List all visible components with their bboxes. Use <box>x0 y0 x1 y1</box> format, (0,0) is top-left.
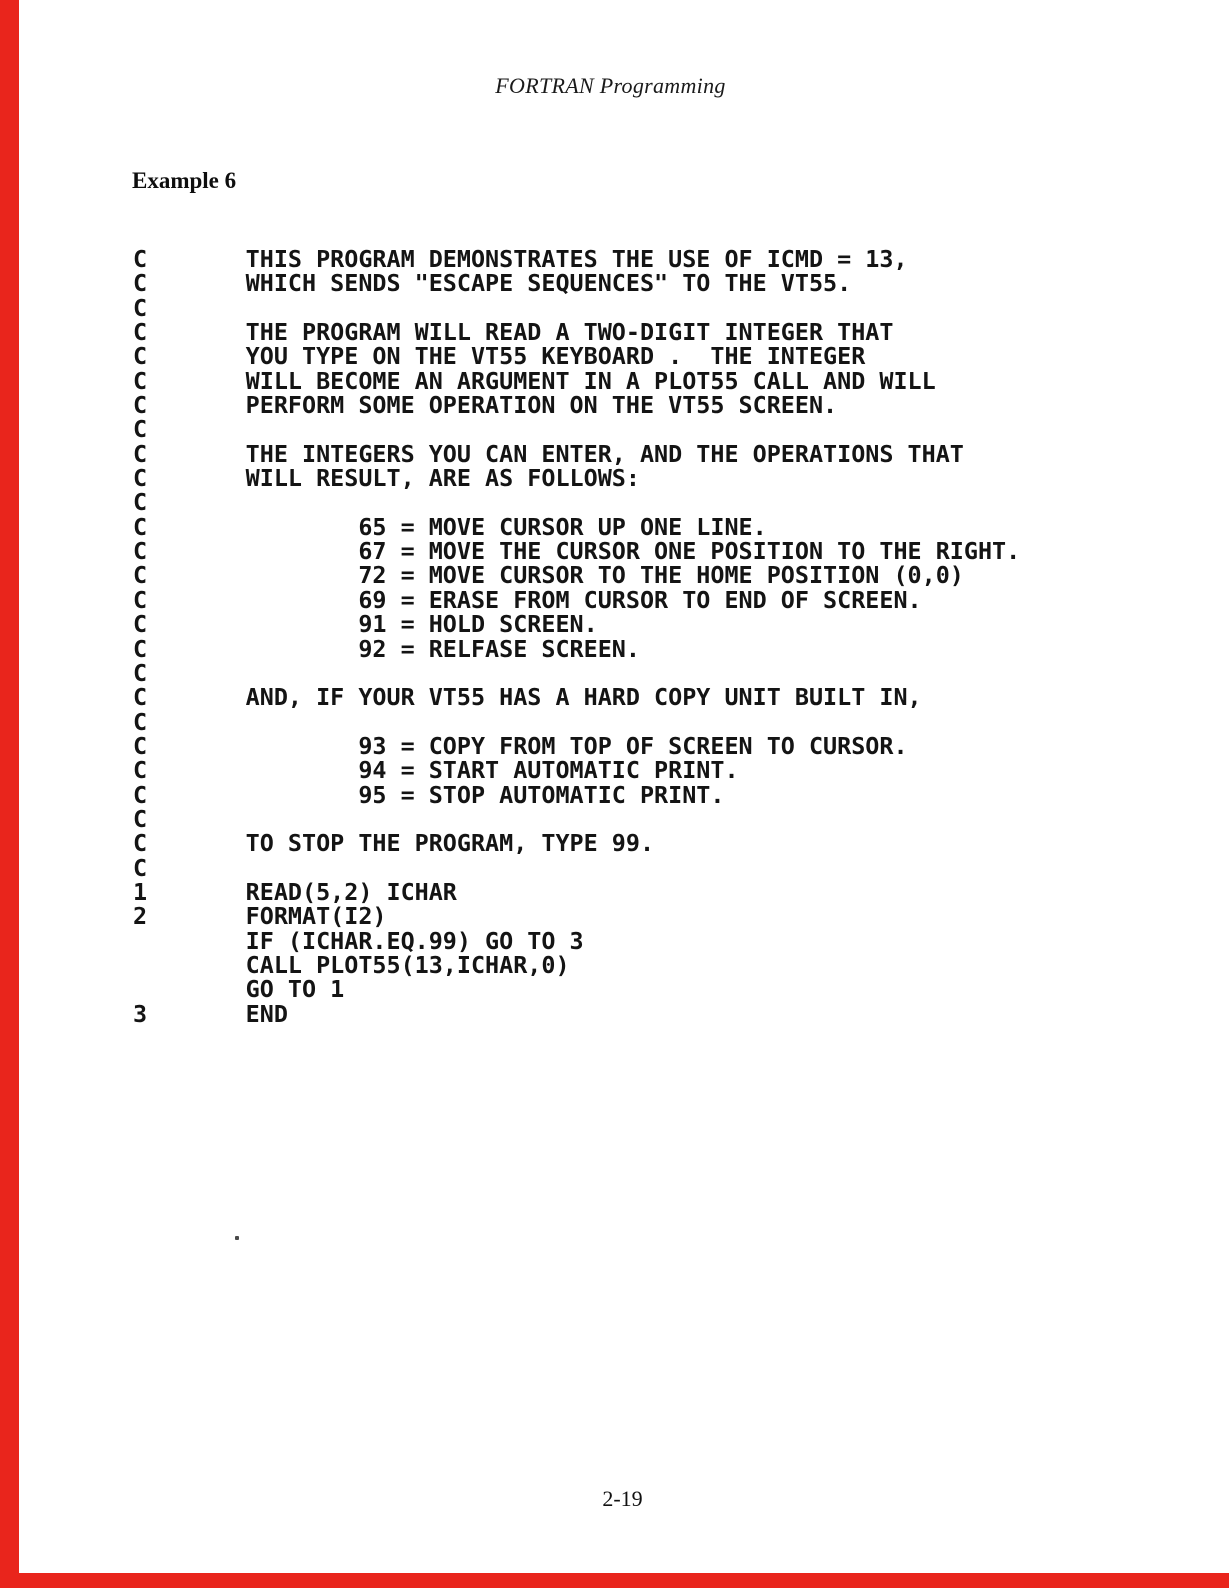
fortran-code-listing: C THIS PROGRAM DEMONSTRATES THE USE OF I… <box>133 247 1020 1026</box>
scan-edge-left-stripe <box>0 0 19 1588</box>
ink-speck <box>235 1236 239 1240</box>
page-number: 2-19 <box>0 1486 1229 1512</box>
scan-edge-bottom-stripe <box>0 1573 1229 1588</box>
example-heading: Example 6 <box>132 167 236 195</box>
running-header: FORTRAN Programming <box>0 73 1229 99</box>
scanned-page: FORTRAN Programming Example 6 C THIS PRO… <box>0 0 1229 1588</box>
